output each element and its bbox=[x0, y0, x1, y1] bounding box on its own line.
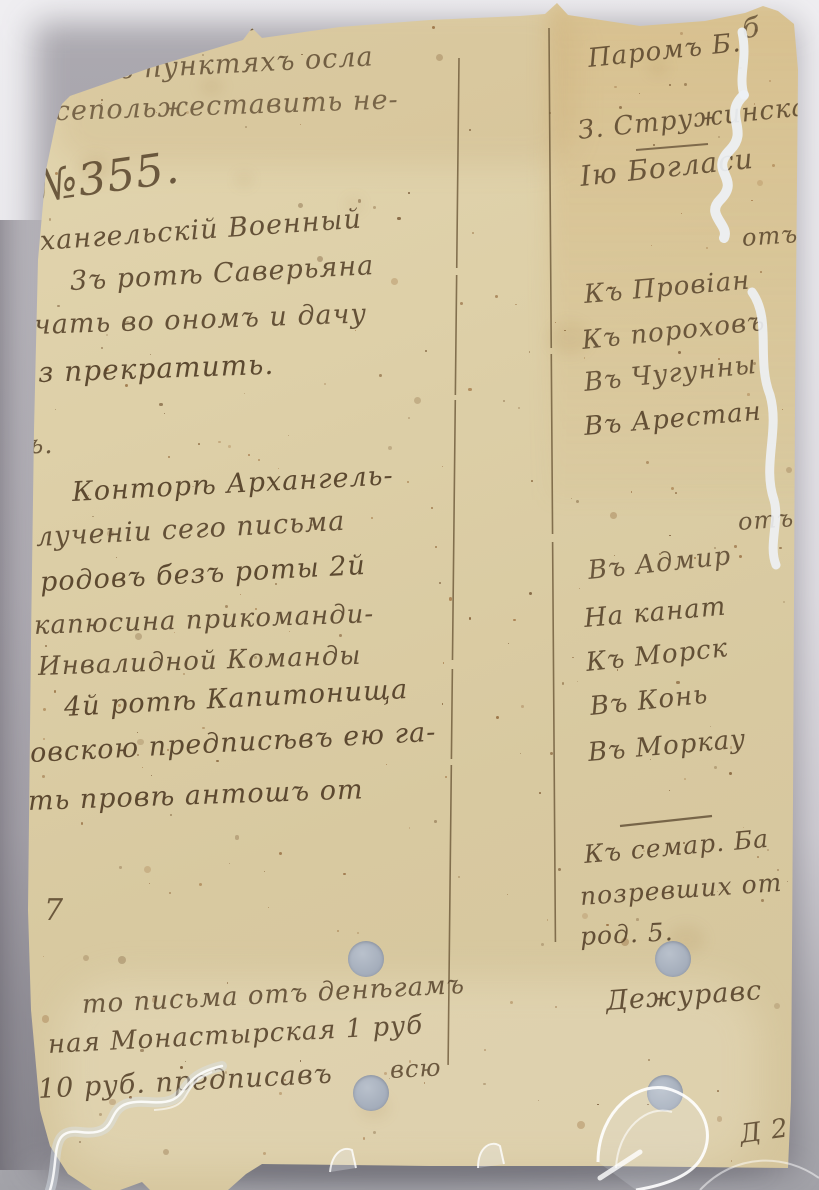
punch-hole bbox=[348, 941, 384, 977]
punch-hole bbox=[353, 1075, 389, 1111]
manuscript-line: отъ bbox=[737, 504, 795, 536]
manuscript-line: 7 bbox=[44, 893, 64, 928]
manuscript-page: ности, ровно и нишь пунктяхъ осла Всепол… bbox=[0, 0, 819, 1190]
photo-backdrop: ности, ровно и нишь пунктяхъ осла Всепол… bbox=[0, 0, 819, 1190]
manuscript-line: всю bbox=[389, 1053, 442, 1084]
manuscript-line: б bbox=[741, 10, 762, 44]
manuscript-line: отъ bbox=[741, 220, 799, 252]
punch-hole bbox=[647, 1075, 683, 1111]
punch-hole bbox=[655, 941, 691, 977]
